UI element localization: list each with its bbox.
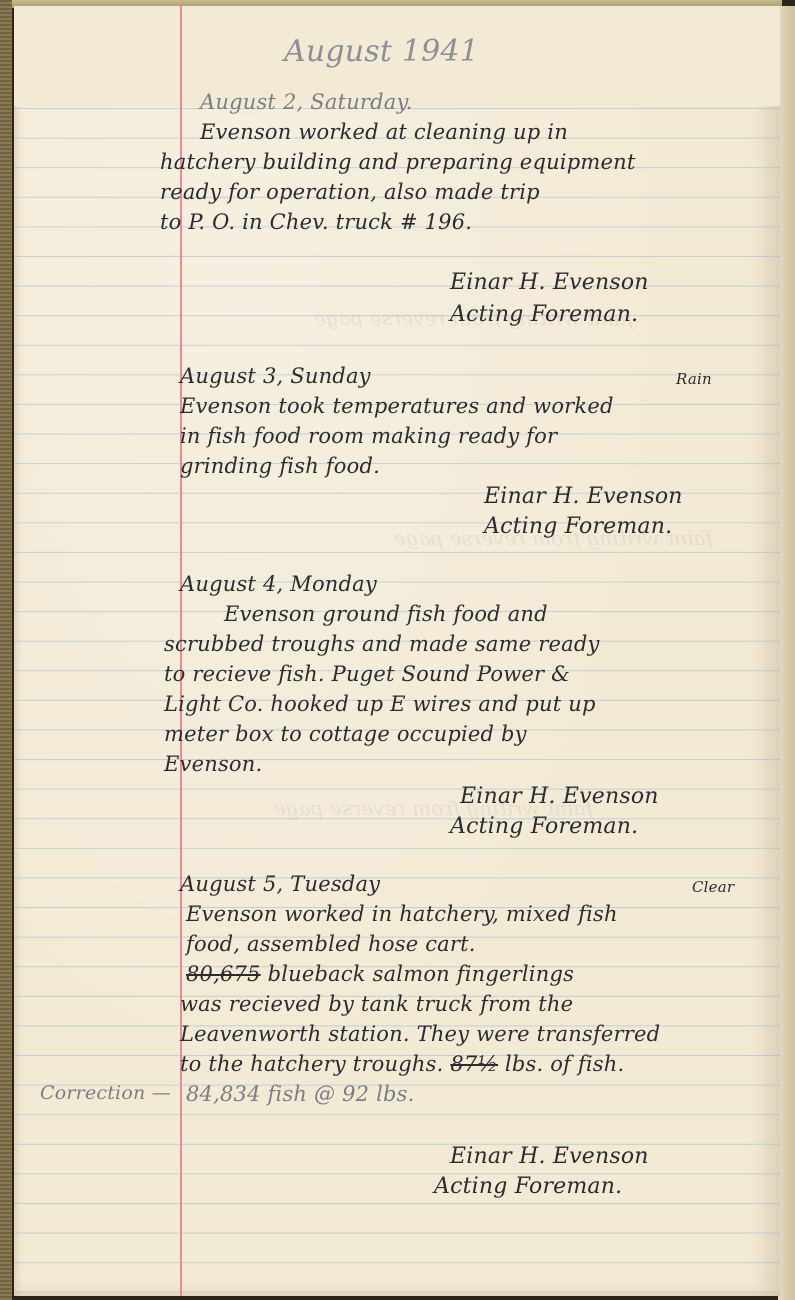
entry-line: Evenson ground fish food and <box>224 602 548 626</box>
entry-line: to recieve fish. Puget Sound Power & <box>164 662 570 686</box>
entry-line: meter box to cottage occupied by <box>164 722 527 746</box>
signature-title: Acting Foreman. <box>450 814 638 839</box>
entry-line: hatchery building and preparing equipmen… <box>160 150 635 174</box>
entry-line: in fish food room making ready for <box>180 424 557 448</box>
page-stack-edge <box>778 6 795 1300</box>
entry-line: to the hatchery troughs. 87½ lbs. of fis… <box>180 1052 624 1076</box>
entry-line: Evenson worked at cleaning up in <box>200 120 568 144</box>
final-line-tail: lbs. of fish. <box>498 1052 624 1076</box>
entry-line: Light Co. hooked up E wires and put up <box>164 692 596 716</box>
fish-line-text: blueback salmon fingerlings <box>261 962 574 986</box>
ledger-page: faint writing from reverse page faint wr… <box>14 6 780 1296</box>
entry-date: August 3, Sunday <box>180 364 371 388</box>
entry-line: was recieved by tank truck from the <box>180 992 573 1016</box>
entry-line: Evenson took temperatures and worked <box>180 394 614 418</box>
weather-note: Clear <box>692 878 734 896</box>
page-heading: August 1941 <box>284 34 479 69</box>
signature-name: Einar H. Evenson <box>450 270 649 295</box>
signature-name: Einar H. Evenson <box>484 484 683 509</box>
entry-line: scrubbed troughs and made same ready <box>164 632 600 656</box>
ledger-book: faint writing from reverse page faint wr… <box>0 0 795 1300</box>
entry-line: 80,675 blueback salmon fingerlings <box>186 962 574 986</box>
entry-date: August 5, Tuesday <box>180 872 380 896</box>
entry-line: Leavenworth station. They were transferr… <box>180 1022 660 1046</box>
signature-name: Einar H. Evenson <box>450 1144 649 1169</box>
signature-title: Acting Foreman. <box>434 1174 622 1199</box>
entry-line: to P. O. in Chev. truck # 196. <box>160 210 472 234</box>
correction-label: Correction — <box>40 1082 171 1104</box>
entry-line: Evenson worked in hatchery, mixed fish <box>186 902 618 926</box>
struck-fish-count: 80,675 <box>186 962 261 986</box>
book-spine <box>0 0 12 1300</box>
entry-line: grinding fish food. <box>180 454 380 478</box>
final-line-text: to the hatchery troughs. <box>180 1052 450 1076</box>
signature-title: Acting Foreman. <box>484 514 672 539</box>
signature-title: Acting Foreman. <box>450 302 638 327</box>
entry-line: food, assembled hose cart. <box>186 932 476 956</box>
struck-weight: 87½ <box>450 1052 498 1076</box>
weather-note: Rain <box>676 370 712 388</box>
entry-line: ready for operation, also made trip <box>160 180 540 204</box>
entry-date: August 4, Monday <box>180 572 377 596</box>
signature-name: Einar H. Evenson <box>460 784 659 809</box>
entry-date: August 2, Saturday. <box>200 90 413 114</box>
entry-line: Evenson. <box>164 752 262 776</box>
correction-text: 84,834 fish @ 92 lbs. <box>186 1082 415 1106</box>
